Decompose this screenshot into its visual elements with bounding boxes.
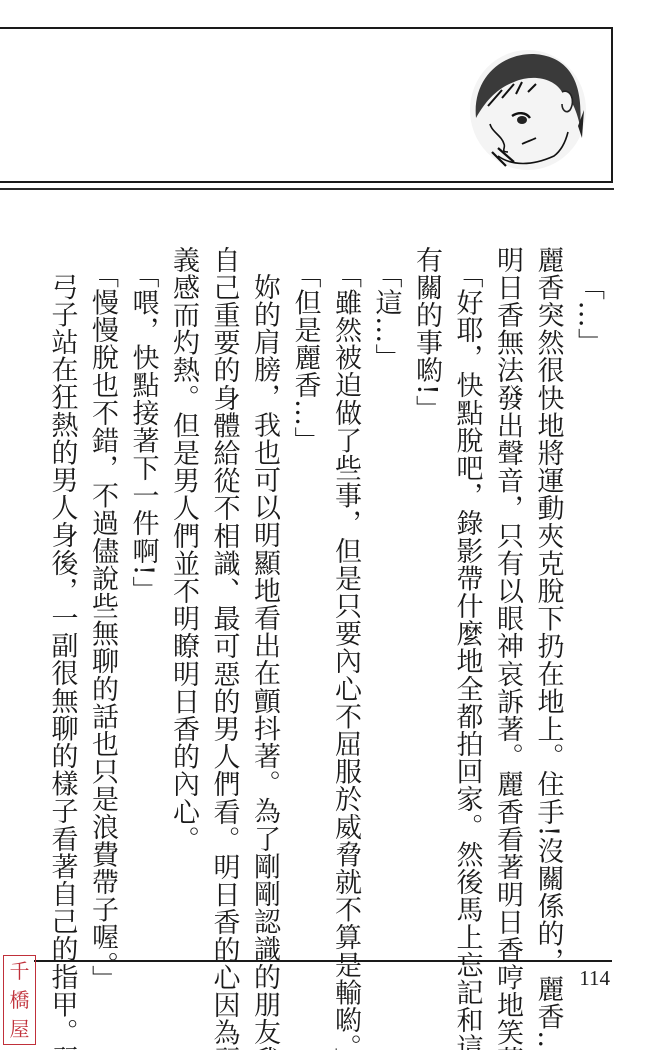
text-column: 明日香無法發出聲音，只有以眼神哀訴著。麗香看著明日香哼地笑著。 bbox=[487, 246, 528, 926]
text-column: 義感而灼熱。但是男人們並不明瞭明日香的內心。 bbox=[163, 246, 204, 926]
footer-rule bbox=[34, 960, 612, 962]
text-column: 「…」 bbox=[568, 246, 609, 926]
text-column: 「雖然被迫做了些事，但是只要內心不屈服於威脅就不算是輸喲。」 bbox=[325, 246, 366, 926]
text-column: 「慢慢脫也不錯，不過儘說些無聊的話也只是浪費帶子喔。」 bbox=[82, 246, 123, 926]
publisher-seal-stamp: 千 橋 屋 bbox=[3, 955, 36, 1045]
seal-char: 千 bbox=[10, 961, 30, 981]
text-column: 自己重要的身體給從不相識、最可惡的男人們看。明日香的心因為麗香的正 bbox=[203, 246, 244, 926]
text-column: 弓子站在狂熱的男人身後，一副很無聊的樣子看著自己的指甲。麗香把 bbox=[41, 246, 82, 926]
text-column: 有關的事喲!」 bbox=[406, 246, 447, 926]
seal-char: 橋 bbox=[10, 990, 30, 1010]
page-number: 114 bbox=[579, 966, 610, 991]
header-double-rule bbox=[0, 188, 614, 190]
text-column: 妳的肩膀，我也可以明顯地看出在顫抖著。為了剛剛認識的朋友我，將 bbox=[244, 246, 285, 926]
text-column: 「這…」 bbox=[365, 246, 406, 926]
portrait-illustration-icon bbox=[462, 48, 592, 173]
text-column: 「喂，快點接著下一件啊!」 bbox=[122, 246, 163, 926]
vertical-text-body: 「…」 麗香突然很快地將運動夾克脫下扔在地上。住手!沒關係的，麗香…。 明日香無… bbox=[48, 246, 608, 926]
text-column: 麗香突然很快地將運動夾克脫下扔在地上。住手!沒關係的，麗香…。 bbox=[527, 246, 568, 926]
seal-char: 屋 bbox=[10, 1019, 30, 1039]
text-column: 「好耶，快點脫吧，錄影帶什麼地全都拍回家。然後馬上忘記和這些人 bbox=[446, 246, 487, 926]
text-column: 「但是麗香…」 bbox=[284, 246, 325, 926]
